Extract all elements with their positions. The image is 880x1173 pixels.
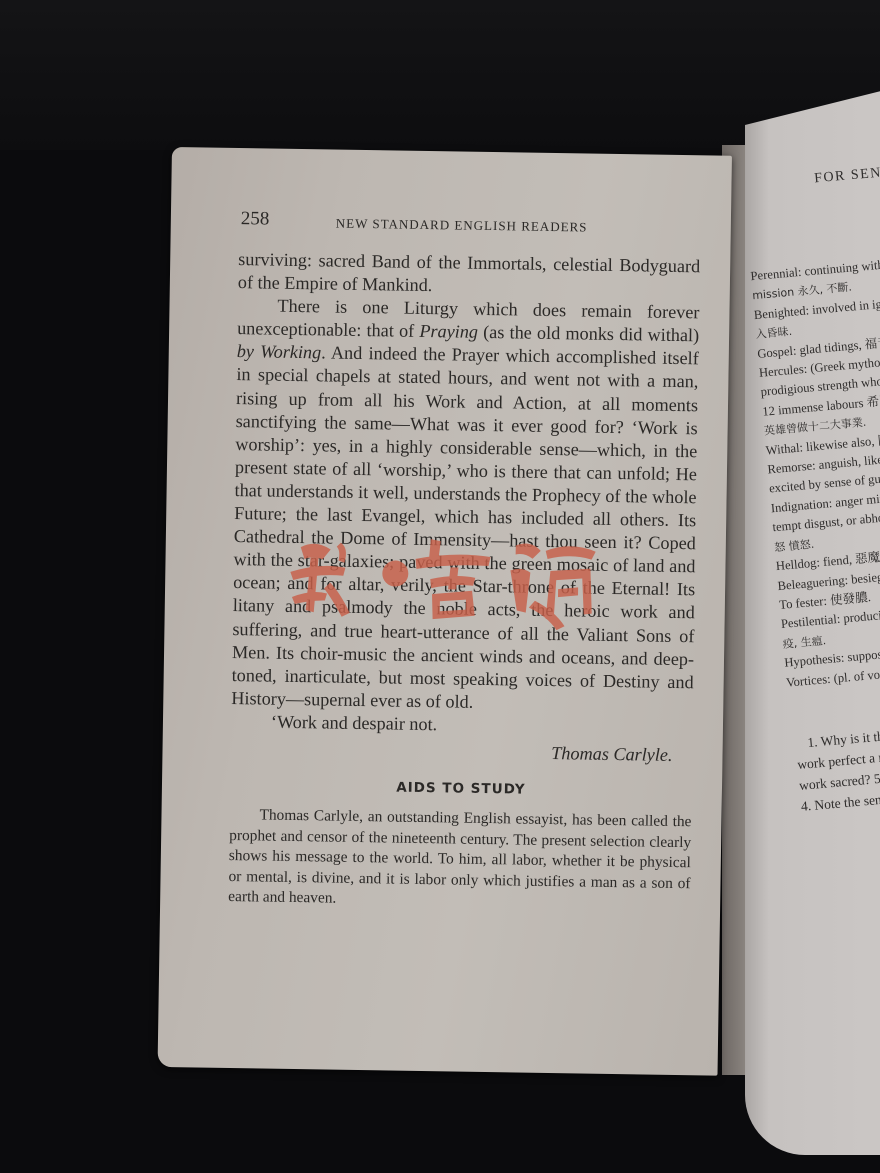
glossary-list: Perennial: continuing with mission 永久, 不… xyxy=(750,247,880,692)
italic-by-working: by Working xyxy=(237,341,322,362)
running-head: NEW STANDARD ENGLISH READERS xyxy=(336,216,588,236)
right-running-head: FOR SEN xyxy=(814,165,880,187)
left-page: 258 NEW STANDARD ENGLISH READERS survivi… xyxy=(158,147,732,1076)
author-signature: Thomas Carlyle. xyxy=(230,737,692,767)
paragraph-text: . And indeed the Prayer which accomplish… xyxy=(231,343,699,712)
study-questions: 1. Why is it that work i work perfect a … xyxy=(795,712,880,817)
aids-to-study-heading: AIDS TO STUDY xyxy=(230,774,692,804)
page-header: 258 NEW STANDARD ENGLISH READERS xyxy=(241,208,711,215)
aids-to-study-text: Thomas Carlyle, an outstanding English e… xyxy=(228,805,692,915)
right-page: FOR SEN Perennial: continuing with missi… xyxy=(745,75,880,1155)
right-page-content: FOR SEN Perennial: continuing with missi… xyxy=(745,58,880,1151)
essay-body: surviving: sacred Band of the Immortals,… xyxy=(228,248,700,915)
paragraph: surviving: sacred Band of the Immortals,… xyxy=(238,248,701,301)
page-number: 258 xyxy=(241,208,270,230)
paragraph-text: (as the old monks did withal) xyxy=(478,322,699,345)
paragraph: There is one Liturgy which does remain f… xyxy=(231,294,699,717)
italic-praying: Praying xyxy=(419,321,478,342)
